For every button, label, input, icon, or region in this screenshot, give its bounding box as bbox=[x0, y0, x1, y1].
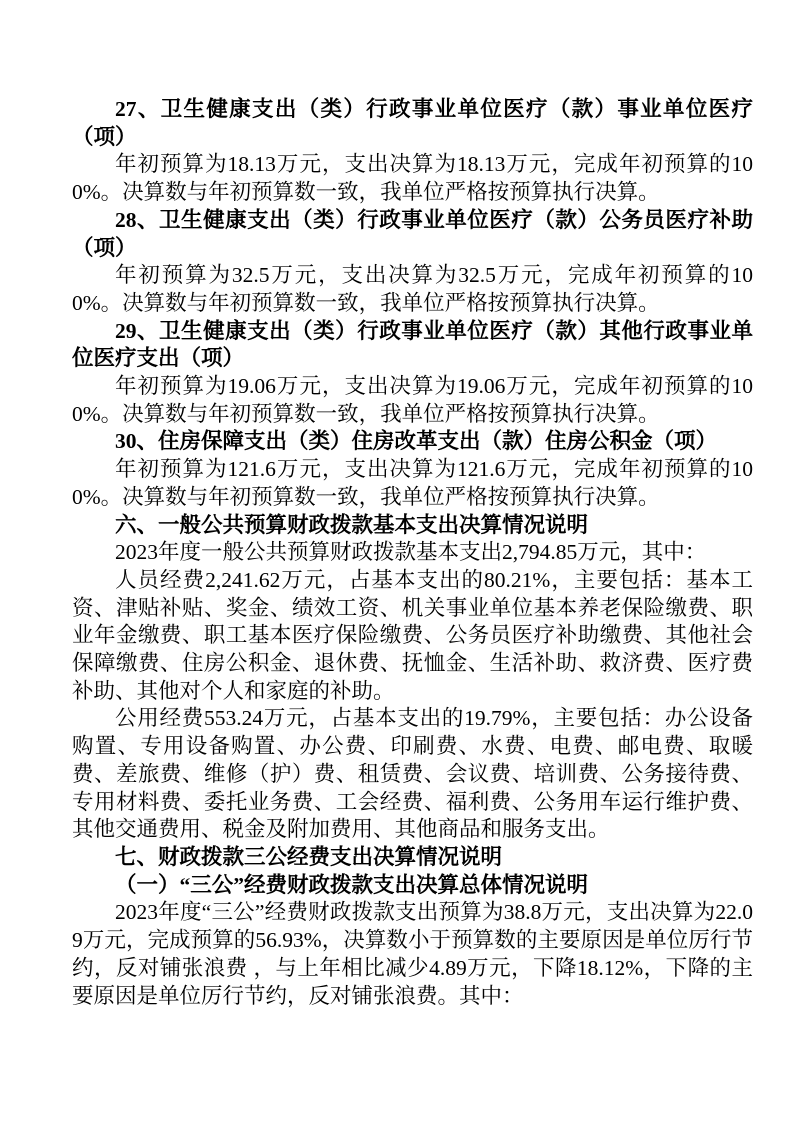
heading-section-30: 30、住房保障支出（类）住房改革支出（款）住房公积金（项） bbox=[72, 428, 753, 456]
paragraph-public-expense: 公用经费553.24万元，占基本支出的19.79%，主要包括：办公设备购置、专用… bbox=[72, 705, 753, 844]
heading-section-7-1: （一）“三公”经费财政拨款支出决算总体情况说明 bbox=[72, 872, 753, 900]
heading-section-6: 六、一般公共预算财政拨款基本支出决算情况说明 bbox=[72, 512, 753, 540]
document-page: 27、卫生健康支出（类）行政事业单位医疗（款）事业单位医疗（项） 年初预算为18… bbox=[0, 0, 793, 1122]
heading-section-27: 27、卫生健康支出（类）行政事业单位医疗（款）事业单位医疗（项） bbox=[72, 96, 753, 151]
heading-section-7: 七、财政拨款三公经费支出决算情况说明 bbox=[72, 844, 753, 872]
heading-section-29: 29、卫生健康支出（类）行政事业单位医疗（款）其他行政事业单位医疗支出（项） bbox=[72, 318, 753, 373]
paragraph-section-29-detail: 年初预算为19.06万元，支出决算为19.06万元，完成年初预算的100%。决算… bbox=[72, 373, 753, 428]
paragraph-section-30-detail: 年初预算为121.6万元，支出决算为121.6万元，完成年初预算的100%。决算… bbox=[72, 456, 753, 511]
document-content: 27、卫生健康支出（类）行政事业单位医疗（款）事业单位医疗（项） 年初预算为18… bbox=[72, 96, 753, 1010]
paragraph-sangong-overview: 2023年度“三公”经费财政拨款支出预算为38.8万元，支出决算为22.09万元… bbox=[72, 899, 753, 1010]
paragraph-section-27-detail: 年初预算为18.13万元，支出决算为18.13万元，完成年初预算的100%。决算… bbox=[72, 151, 753, 206]
heading-section-28: 28、卫生健康支出（类）行政事业单位医疗（款）公务员医疗补助（项） bbox=[72, 207, 753, 262]
paragraph-section-28-detail: 年初预算为32.5万元，支出决算为32.5万元，完成年初预算的100%。决算数与… bbox=[72, 262, 753, 317]
paragraph-personnel-expense: 人员经费2,241.62万元，占基本支出的80.21%，主要包括：基本工资、津贴… bbox=[72, 567, 753, 706]
paragraph-basic-expense-total: 2023年度一般公共预算财政拨款基本支出2,794.85万元，其中： bbox=[72, 539, 753, 567]
